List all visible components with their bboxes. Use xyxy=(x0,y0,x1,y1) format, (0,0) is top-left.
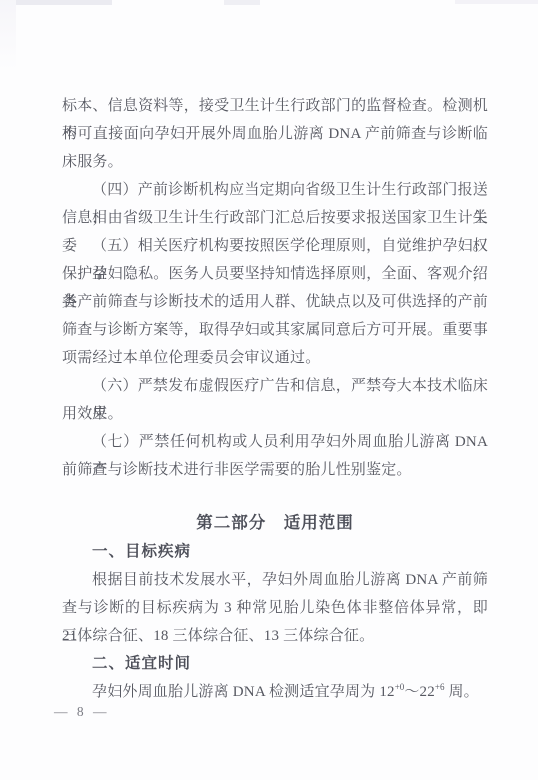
text-line-clause-6: （六）严禁发布虚假医疗广告和信息，严禁夸大本技术临床应 xyxy=(62,372,488,400)
text-line: 前筛查与诊断技术进行非医学需要的胎儿性别鉴定。 xyxy=(62,456,488,484)
scan-artifact xyxy=(0,0,16,70)
text-line: 项需经过本单位伦理委员会审议通过。 xyxy=(62,344,488,372)
page-number: — 8 — xyxy=(54,704,110,720)
text-line: 床服务。 xyxy=(62,148,488,176)
heading-suitable-time: 二、适宜时间 xyxy=(62,650,488,678)
text-line: 用效果。 xyxy=(62,400,488,428)
document-page: 标本、信息资料等，接受卫生计生行政部门的监督检查。检测机构 不可直接面向孕妇开展… xyxy=(0,0,538,780)
text-line: 标本、信息资料等，接受卫生计生行政部门的监督检查。检测机构 xyxy=(62,92,488,120)
text-line: 筛查与诊断方案等，取得孕妇或其家属同意后方可开展。重要事 xyxy=(62,316,488,344)
gestation-text: 周。 xyxy=(445,684,479,700)
text-line: 信息，由省级卫生计生行政部门汇总后按要求报送国家卫生计生委。 xyxy=(62,204,488,232)
gestation-superscript: +0 xyxy=(395,682,405,692)
scan-artifact xyxy=(16,0,112,5)
document-body: 标本、信息资料等，接受卫生计生行政部门的监督检查。检测机构 不可直接面向孕妇开展… xyxy=(62,92,488,706)
text-line: 查与诊断的目标疾病为 3 种常见胎儿染色体非整倍体异常，即 21 xyxy=(62,594,488,622)
scan-artifact xyxy=(224,0,260,5)
gestation-text: 孕妇外周血胎儿游离 DNA 检测适宜孕周为 12 xyxy=(92,684,395,700)
heading-target-disease: 一、目标疾病 xyxy=(62,538,488,566)
gestation-text: ～22 xyxy=(404,684,435,700)
text-line-clause-7: （七）严禁任何机构或人员利用孕妇外周血胎儿游离 DNA 产 xyxy=(62,428,488,456)
scan-artifact xyxy=(455,0,538,4)
gestation-superscript: +6 xyxy=(435,682,445,692)
text-line: 类产前筛查与诊断技术的适用人群、优缺点以及可供选择的产前 xyxy=(62,288,488,316)
text-line: 三体综合征、18 三体综合征、13 三体综合征。 xyxy=(62,622,488,650)
text-line-clause-4: （四）产前诊断机构应当定期向省级卫生计生行政部门报送相关 xyxy=(62,176,488,204)
text-line: 不可直接面向孕妇开展外周血胎儿游离 DNA 产前筛查与诊断临 xyxy=(62,120,488,148)
text-line-clause-5: （五）相关医疗机构要按照医学伦理原则，自觉维护孕妇权益， xyxy=(62,232,488,260)
text-line: 保护孕妇隐私。医务人员要坚持知情选择原则，全面、客观介绍各 xyxy=(62,260,488,288)
section-title: 第二部分 适用范围 xyxy=(62,508,488,538)
text-line: 根据目前技术发展水平，孕妇外周血胎儿游离 DNA 产前筛 xyxy=(62,566,488,594)
text-line-gestation-weeks: 孕妇外周血胎儿游离 DNA 检测适宜孕周为 12+0～22+6 周。 xyxy=(62,678,488,706)
